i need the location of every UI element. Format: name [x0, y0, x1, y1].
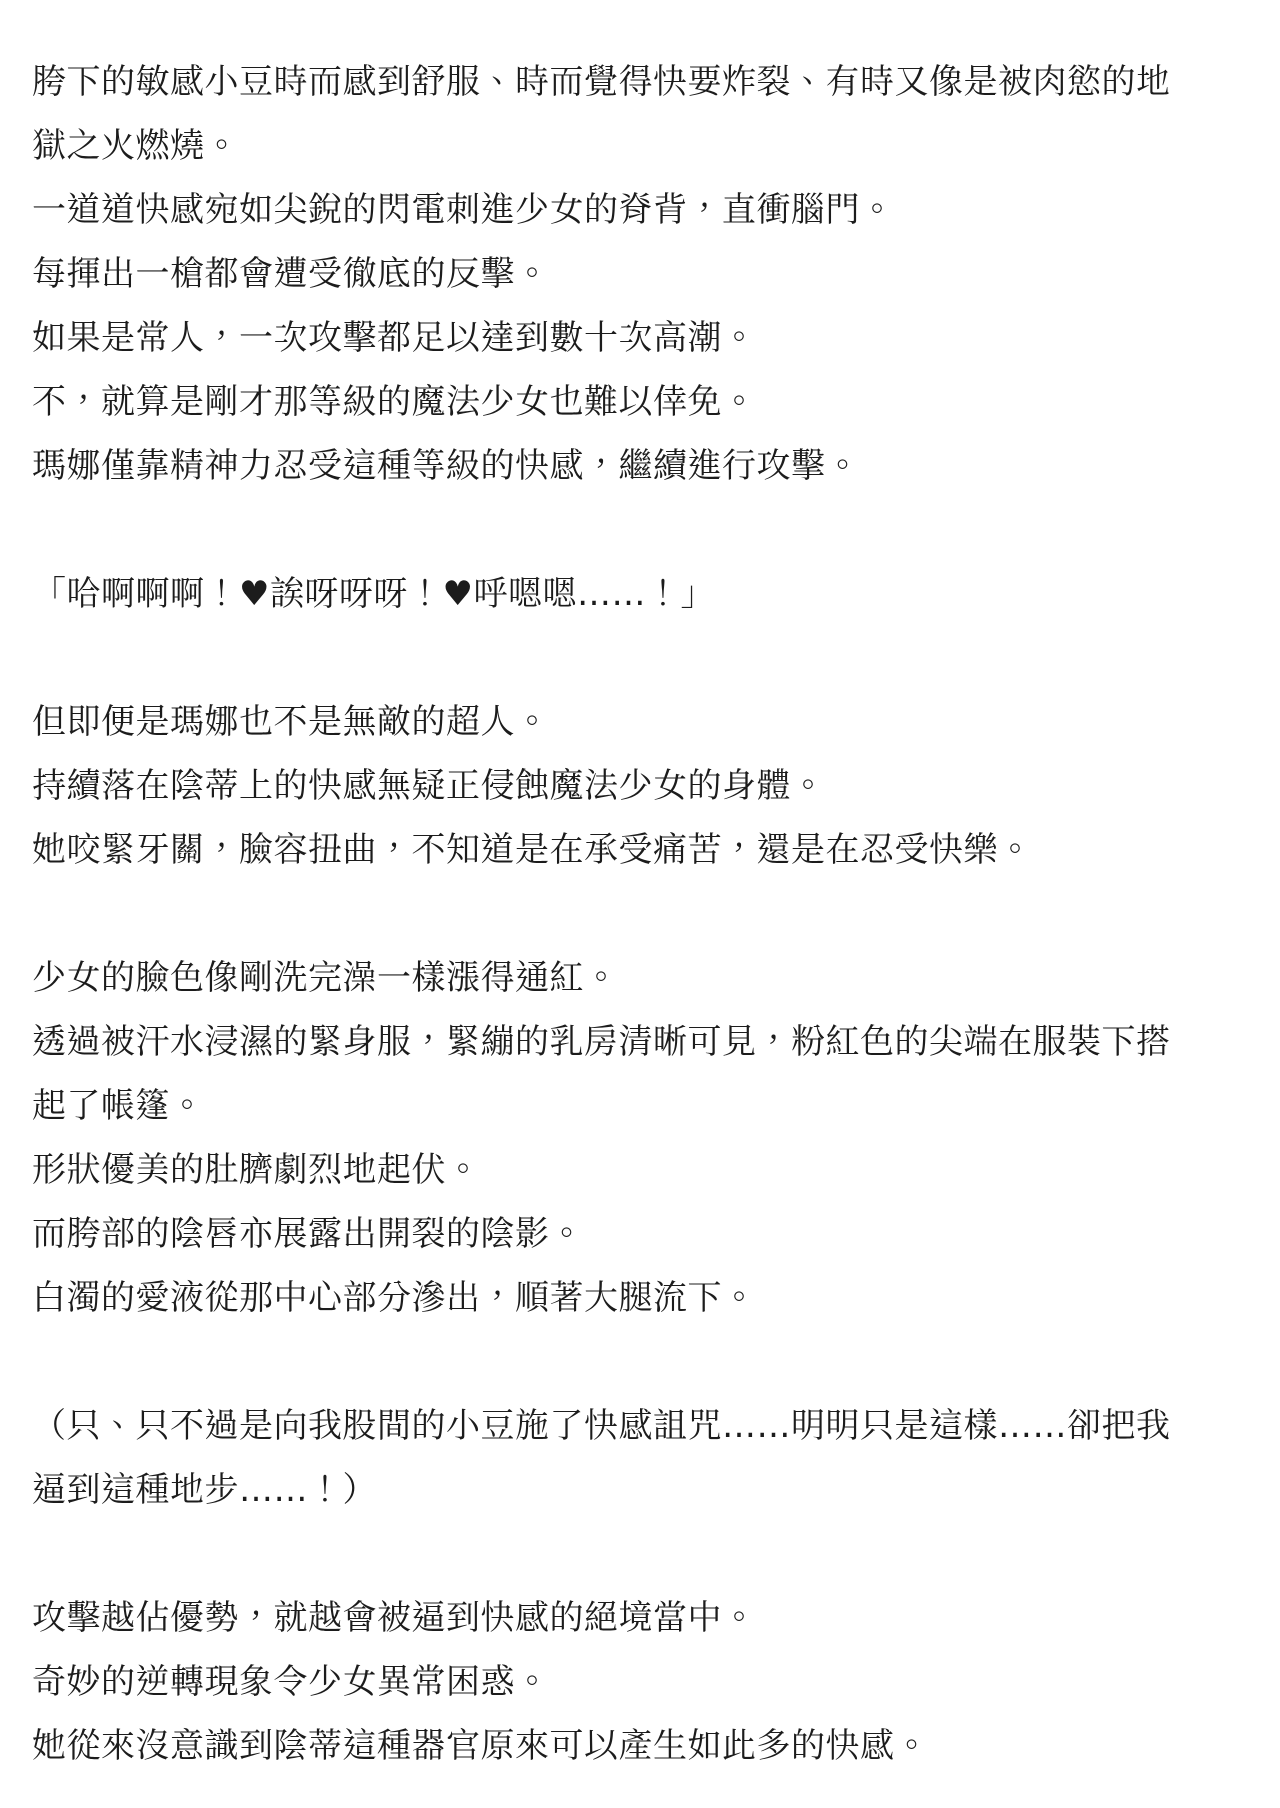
paragraph-dialogue: 「哈啊啊啊！♥誒呀呀呀！♥呼嗯嗯……！」	[32, 562, 1202, 626]
text-line: 攻擊越佔優勢，就越會被逼到快感的絕境當中。	[32, 1586, 1202, 1650]
text-line: 她從來沒意識到陰蒂這種器官原來可以產生如此多的快感。	[32, 1714, 1202, 1778]
paragraph-inner-thought: （只、只不過是向我股間的小豆施了快感詛咒……明明只是這樣……卻把我逼到這種地步……	[32, 1394, 1202, 1522]
dialogue-line: 「哈啊啊啊！♥誒呀呀呀！♥呼嗯嗯……！」	[32, 562, 1202, 626]
text-line: 每揮出一槍都會遭受徹底的反擊。	[32, 242, 1202, 306]
text-line: 如果是常人，一次攻擊都足以達到數十次高潮。	[32, 306, 1202, 370]
text-line: 一道道快感宛如尖銳的閃電刺進少女的脊背，直衝腦門。	[32, 178, 1202, 242]
text-line: 而胯部的陰唇亦展露出開裂的陰影。	[32, 1202, 1202, 1266]
thought-line: （只、只不過是向我股間的小豆施了快感詛咒……明明只是這樣……卻把我逼到這種地步……	[32, 1394, 1202, 1522]
text-line: 不，就算是剛才那等級的魔法少女也難以倖免。	[32, 370, 1202, 434]
paragraph-narration-4: 攻擊越佔優勢，就越會被逼到快感的絕境當中。 奇妙的逆轉現象令少女異常困惑。 她從…	[32, 1586, 1202, 1778]
text-line: 奇妙的逆轉現象令少女異常困惑。	[32, 1650, 1202, 1714]
paragraph-narration-1: 胯下的敏感小豆時而感到舒服、時而覺得快要炸裂、有時又像是被肉慾的地獄之火燃燒。 …	[32, 50, 1202, 498]
text-line: 胯下的敏感小豆時而感到舒服、時而覺得快要炸裂、有時又像是被肉慾的地獄之火燃燒。	[32, 50, 1202, 178]
novel-page: 胯下的敏感小豆時而感到舒服、時而覺得快要炸裂、有時又像是被肉慾的地獄之火燃燒。 …	[0, 0, 1280, 1808]
text-line: 瑪娜僅靠精神力忍受這種等級的快感，繼續進行攻擊。	[32, 434, 1202, 498]
text-line: 白濁的愛液從那中心部分滲出，順著大腿流下。	[32, 1266, 1202, 1330]
text-line: 持續落在陰蒂上的快感無疑正侵蝕魔法少女的身體。	[32, 754, 1202, 818]
text-line: 少女的臉色像剛洗完澡一樣漲得通紅。	[32, 946, 1202, 1010]
text-line: 形狀優美的肚臍劇烈地起伏。	[32, 1138, 1202, 1202]
paragraph-narration-3: 少女的臉色像剛洗完澡一樣漲得通紅。 透過被汗水浸濕的緊身服，緊繃的乳房清晰可見，…	[32, 946, 1202, 1330]
paragraph-narration-2: 但即便是瑪娜也不是無敵的超人。 持續落在陰蒂上的快感無疑正侵蝕魔法少女的身體。 …	[32, 690, 1202, 882]
text-line: 她咬緊牙關，臉容扭曲，不知道是在承受痛苦，還是在忍受快樂。	[32, 818, 1202, 882]
text-line: 但即便是瑪娜也不是無敵的超人。	[32, 690, 1202, 754]
text-line: 透過被汗水浸濕的緊身服，緊繃的乳房清晰可見，粉紅色的尖端在服裝下搭起了帳篷。	[32, 1010, 1202, 1138]
